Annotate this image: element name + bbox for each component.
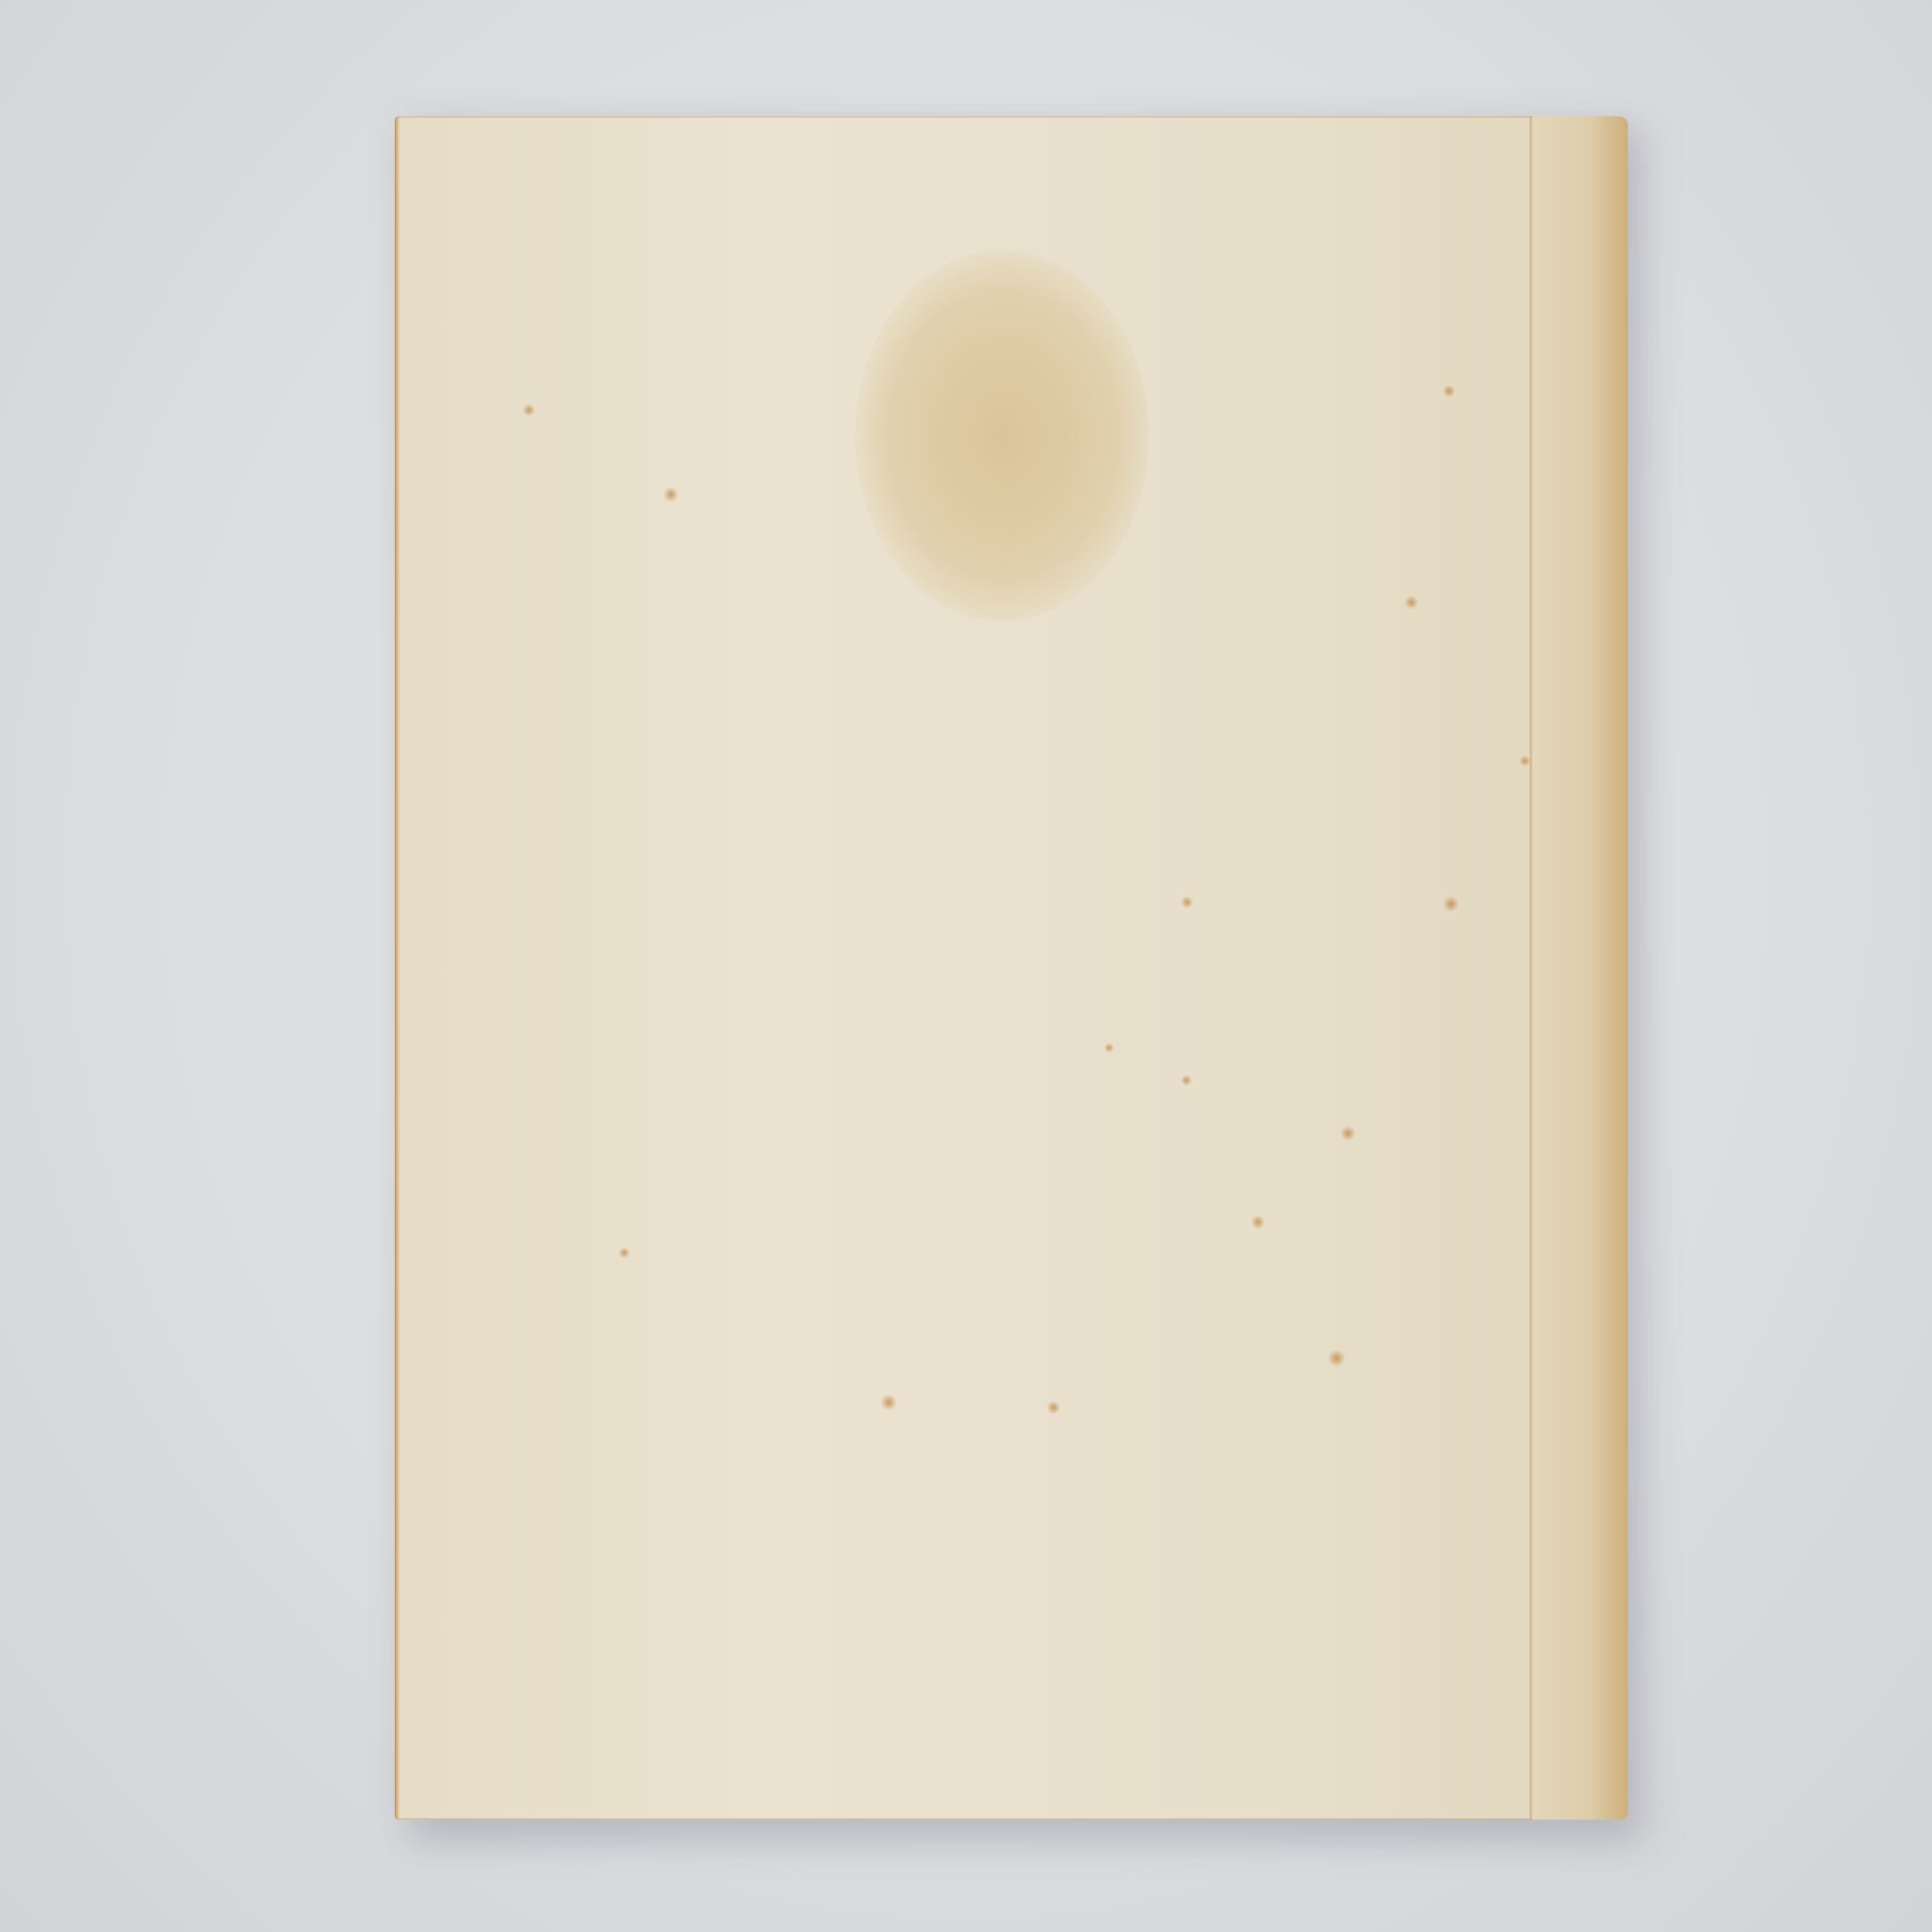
water-stain (855, 250, 1149, 621)
foxing-spot (1251, 1215, 1265, 1229)
foxing-spot (1519, 755, 1531, 767)
foxing-spot (1328, 1349, 1345, 1367)
foxing-spot (1181, 896, 1193, 908)
foxing-spot (1443, 896, 1459, 912)
foxing-spot (523, 404, 535, 417)
foxing-spot (880, 1394, 897, 1411)
foxing-spot (1443, 385, 1455, 397)
book-back-cover (395, 116, 1628, 1820)
foxing-spot (1046, 1400, 1061, 1414)
foxing-spot (1404, 595, 1418, 609)
foxing-spot (618, 1247, 630, 1259)
foxing-spot (1104, 1043, 1114, 1053)
foxing-spot (663, 487, 678, 502)
spine-edge (1532, 116, 1628, 1820)
foxing-spot (1340, 1126, 1356, 1141)
foxing-spot (1181, 1075, 1192, 1086)
